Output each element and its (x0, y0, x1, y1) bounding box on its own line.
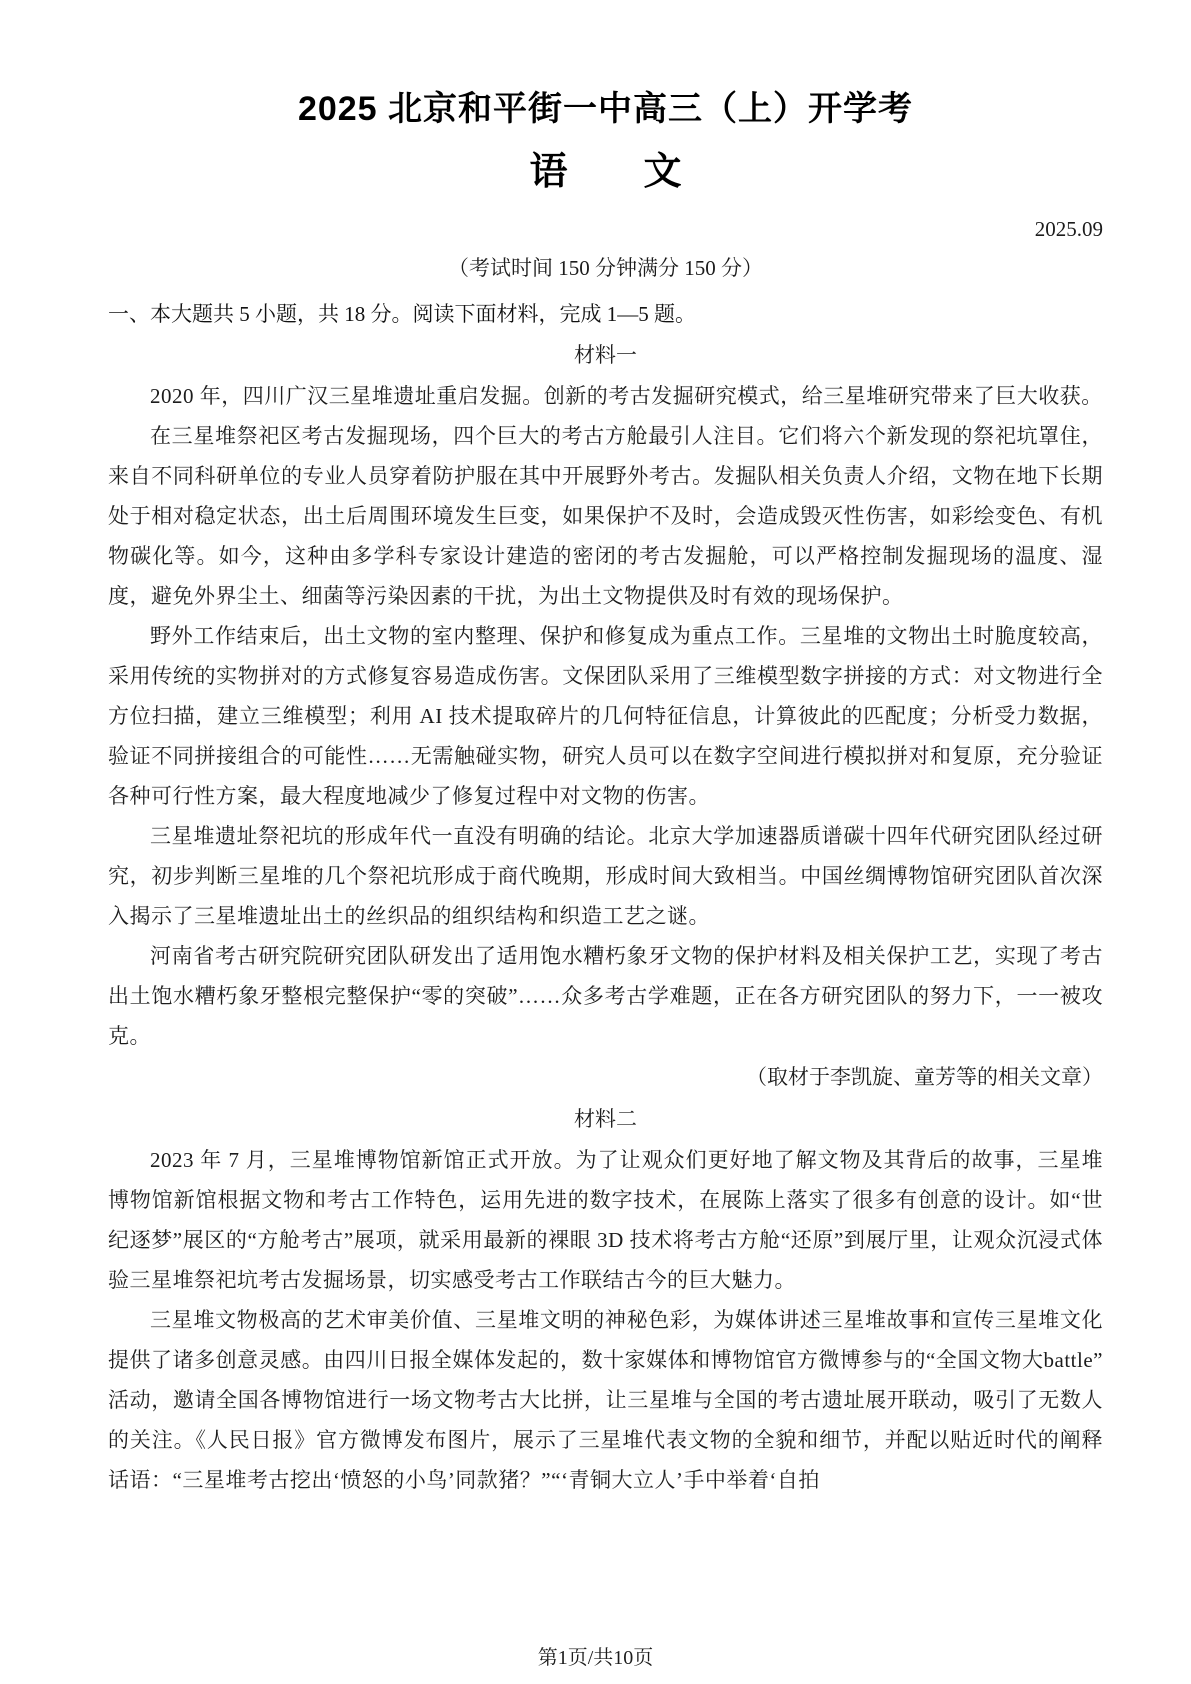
material-one-paragraph-5: 河南省考古研究院研究团队研发出了适用饱水糟朽象牙文物的保护材料及相关保护工艺，实… (108, 936, 1103, 1056)
exam-duration-info: （考试时间 150 分钟满分 150 分） (108, 250, 1103, 286)
page-number-indicator: 第1页/共10页 (0, 1641, 1191, 1670)
section-one-heading: 一、本大题共 5 小题，共 18 分。阅读下面材料，完成 1—5 题。 (108, 294, 1103, 334)
material-two-paragraph-1: 2023 年 7 月，三星堆博物馆新馆正式开放。为了让观众们更好地了解文物及其背… (108, 1140, 1103, 1300)
material-two-paragraph-2: 三星堆文物极高的艺术审美价值、三星堆文明的神秘色彩，为媒体讲述三星堆故事和宣传三… (108, 1300, 1103, 1500)
material-one-paragraph-3: 野外工作结束后，出土文物的室内整理、保护和修复成为重点工作。三星堆的文物出土时脆… (108, 616, 1103, 816)
material-one-attribution: （取材于李凯旋、童芳等的相关文章） (108, 1056, 1103, 1098)
material-two-heading: 材料二 (108, 1098, 1103, 1140)
page-content: 2025 北京和平街一中高三（上）开学考 语 文 2025.09 （考试时间 1… (0, 86, 1191, 1500)
material-one-paragraph-1: 2020 年，四川广汉三星堆遗址重启发掘。创新的考古发掘研究模式，给三星堆研究带… (108, 376, 1103, 416)
material-one-paragraph-4: 三星堆遗址祭祀坑的形成年代一直没有明确的结论。北京大学加速器质谱碳十四年代研究团… (108, 816, 1103, 936)
exam-date: 2025.09 (108, 214, 1103, 244)
material-one-heading: 材料一 (108, 334, 1103, 376)
exam-title: 2025 北京和平街一中高三（上）开学考 (108, 86, 1103, 132)
exam-paper-page: 2025 北京和平街一中高三（上）开学考 语 文 2025.09 （考试时间 1… (0, 0, 1191, 1684)
exam-subject-title: 语 文 (108, 146, 1103, 198)
material-one-paragraph-2: 在三星堆祭祀区考古发掘现场，四个巨大的考古方舱最引人注目。它们将六个新发现的祭祀… (108, 416, 1103, 616)
